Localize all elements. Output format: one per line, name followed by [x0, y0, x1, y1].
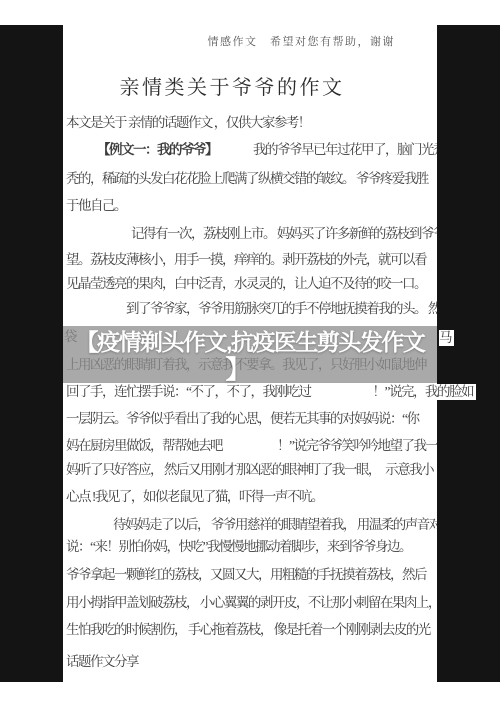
document-line: 本文是关于 亲情的话题作文 ，仅供大家参考！	[66, 115, 310, 131]
document-line: 爷爷拿起一颗鲜红的荔枝，又圆又大，用粗糙的手抚摸着荔枝，然后	[66, 567, 426, 583]
line-segment: 【例文一：我的爷爷】	[97, 142, 217, 157]
line-segment: 生怕我吃的时候割伤， 手心拖着荔枝， 像是托着一个刚刚剥去皮的光	[66, 622, 430, 637]
line-segment: 记得有一次，荔枝刚上市。 妈妈买了许多新鲜的荔枝到爷爷家探	[131, 226, 469, 241]
line-segment: 马	[439, 330, 451, 345]
document-line: 一层阴云。爷爷似乎看出了我的心思，便若无其事的对妈妈说：“你	[66, 411, 419, 427]
obscured-line-fragment-right: 马	[439, 330, 454, 346]
document-line: 见晶莹透亮的果肉，白中泛青，水灵灵的，让人迫不及待的咬一口。	[66, 276, 426, 292]
document-header: 情感作文 希望对您有帮助，谢谢	[0, 33, 437, 49]
watermark-banner-text[interactable]: 【疫情剃头作文,抗疫医生剪头发作文 】	[63, 326, 437, 383]
document-line: 到了爷爷家，爷爷用筋脉突兀的手不停地抚摸着我的头。 然后从	[126, 301, 464, 317]
line-segment: 望。荔枝皮薄核小，用手一摸，痒痒的。剥开荔枝的外壳，就可以看	[66, 252, 426, 267]
document-line: 于他自己。	[66, 198, 126, 214]
document-line: 生怕我吃的时候割伤， 手心拖着荔枝， 像是托着一个刚刚剥去皮的光	[66, 622, 430, 638]
document-line: 待妈妈走了以后， 爷爷用慈祥的眼睛望着我， 用温柔的声音对我	[113, 517, 453, 533]
document-line: 望。荔枝皮薄核小，用手一摸，痒痒的。剥开荔枝的外壳，就可以看	[66, 252, 426, 268]
document-line: 妈在厨房里做饭，帮帮她去吧！”说完爷爷笑吟吟地望了我一眼。妈	[66, 438, 474, 454]
page-title: 亲情类关于爷爷的作文	[45, 71, 419, 100]
left-letterbox-bar	[0, 25, 63, 682]
line-segment: 回了手，连忙摆手说：“不了，不了，我刚吃过	[66, 384, 311, 399]
watermark-line-2[interactable]: 】	[51, 357, 425, 383]
document-line: 用小拇指甲盖划破荔枝， 小心翼翼的剥开皮，不让那小刺留在果肉上，	[66, 595, 440, 611]
line-segment: 到了爷爷家，爷爷用筋脉突兀的手不停地抚摸着我的头。 然后从	[126, 301, 464, 316]
line-segment: 说：“来！别怕你妈，快吃”我慢慢地挪动着脚步，来到爷爷身边。	[66, 539, 411, 554]
document-line: 秃的，稀疏的头发白花花脸上爬满了纵横交错的皱纹。 爷爷疼爱我胜	[66, 171, 428, 187]
line-segment: 于他自己。	[66, 198, 126, 213]
line-segment: 心点 !我见了，如似老鼠见了猫，吓得一声不吭。	[66, 489, 323, 504]
document-line: 心点 !我见了，如似老鼠见了猫，吓得一声不吭。	[66, 489, 323, 505]
document-line: 说：“来！别怕你妈，快吃”我慢慢地挪动着脚步，来到爷爷身边。	[66, 539, 411, 555]
line-segment: 话题作文分享	[66, 654, 138, 669]
document-line: 妈听了只好答应， 然后又用刚才那凶恶的眼神盯了我一眼， 示意我小	[66, 462, 433, 478]
line-segment: 本文是关于 亲情的话题作文 ，仅供大家参考！	[66, 115, 310, 130]
line-segment: 待妈妈走了以后， 爷爷用慈祥的眼睛望着我， 用温柔的声音对我	[113, 517, 453, 532]
line-segment: 妈听了只好答应， 然后又用刚才那凶恶的眼神盯了我一眼， 示意我小	[66, 462, 433, 477]
line-segment: 妈在厨房里做饭，帮帮她去吧	[66, 438, 222, 453]
line-segment: 用小拇指甲盖划破荔枝， 小心翼翼的剥开皮，不让那小刺留在果肉上，	[66, 595, 440, 610]
line-segment: 爷爷拿起一颗鲜红的荔枝，又圆又大，用粗糙的手抚摸着荔枝，然后	[66, 567, 426, 582]
line-segment: 我的爷爷早已年过花甲了，脑门光秃	[253, 142, 445, 157]
document-line: 【例文一：我的爷爷】我的爷爷早已年过花甲了，脑门光秃	[97, 142, 445, 158]
document-line: 回了手，连忙摆手说：“不了，不了，我刚吃过！”说完，我的脸如	[66, 384, 476, 400]
line-segment: 秃的，稀疏的头发白花花脸上爬满了纵横交错的皱纹。 爷爷疼爱我胜	[66, 171, 428, 186]
document-line: 记得有一次，荔枝刚上市。 妈妈买了许多新鲜的荔枝到爷爷家探	[131, 226, 469, 242]
page-canvas: { "colors": { "page_background": "#fffff…	[0, 0, 500, 707]
line-segment: ！”说完，我的脸如	[373, 384, 474, 399]
line-segment: 一层阴云。爷爷似乎看出了我的心思，便若无其事的对妈妈说：“你	[66, 411, 419, 426]
watermark-line-1[interactable]: 【疫情剃头作文,抗疫医生剪头发作文	[63, 328, 437, 357]
right-letterbox-bar	[437, 25, 500, 682]
footer-note: 话题作文分享	[66, 654, 138, 670]
line-segment: 见晶莹透亮的果肉，白中泛青，水灵灵的，让人迫不及待的咬一口。	[66, 276, 426, 291]
